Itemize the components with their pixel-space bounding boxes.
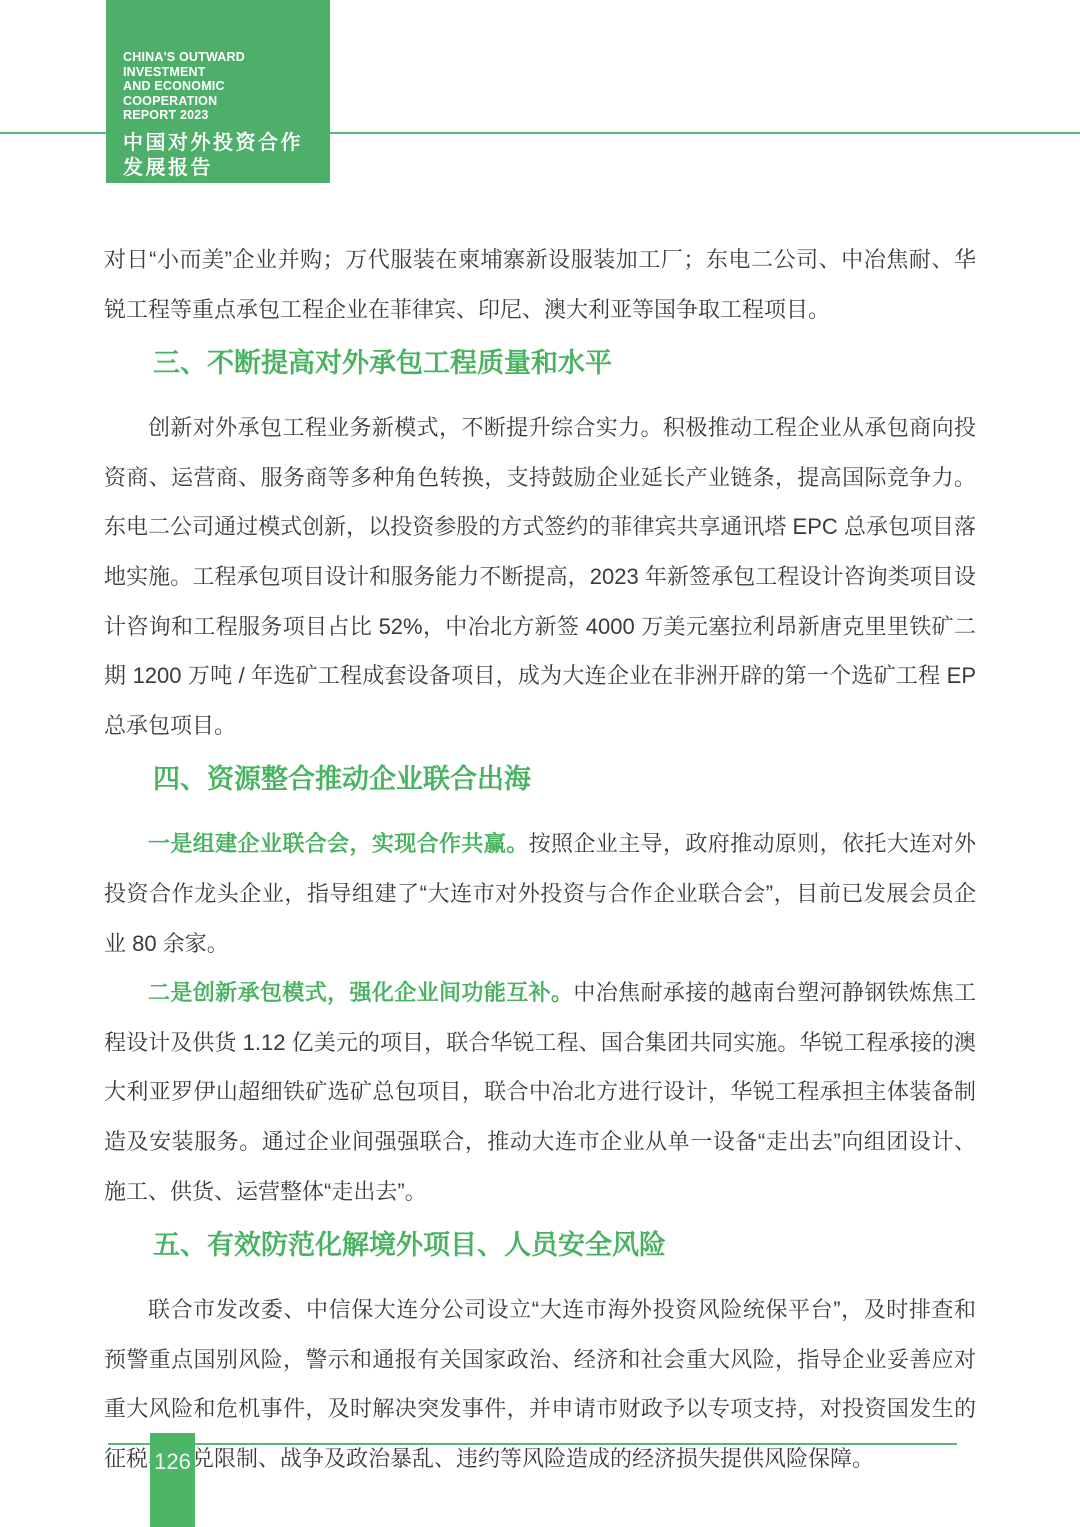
report-title-chinese-line2: 发展报告 (123, 156, 320, 181)
report-title-chinese-line1: 中国对外投资合作 (123, 131, 320, 156)
section-3-heading: 三、不断提高对外承包工程质量和水平 (153, 340, 976, 386)
section-4-point-2-lead: 二是创新承包模式，强化企业间功能互补。 (148, 980, 573, 1005)
section-4-point-2: 二是创新承包模式，强化企业间功能互补。中冶焦耐承接的越南台塑河静钢铁炼焦工程设计… (104, 968, 976, 1216)
report-title-english-line3: REPORT 2023 (123, 108, 320, 123)
report-title-english: CHINA'S OUTWARD INVESTMENT AND ECONOMIC … (123, 50, 320, 123)
section-4-point-2-text: 中冶焦耐承接的越南台塑河静钢铁炼焦工程设计及供货 1.12 亿美元的项目，联合华… (104, 980, 976, 1203)
page-number: 126 (154, 1449, 191, 1474)
footer-rule (108, 1443, 957, 1445)
section-4-heading: 四、资源整合推动企业联合出海 (153, 756, 976, 802)
report-title-english-line1: CHINA'S OUTWARD INVESTMENT (123, 50, 320, 79)
section-4-point-1: 一是组建企业联合会，实现合作共赢。按照企业主导，政府推动原则，依托大连对外投资合… (104, 819, 976, 968)
page-number-badge: 126 (150, 1433, 195, 1527)
report-title-english-line2: AND ECONOMIC COOPERATION (123, 79, 320, 108)
page-body: 对日“小而美”企业并购；万代服装在柬埔寨新设服装加工厂；东电二公司、中冶焦耐、华… (104, 235, 976, 1483)
section-5-paragraph: 联合市发改委、中信保大连分公司设立“大连市海外投资风险统保平台”，及时排查和预警… (104, 1285, 976, 1483)
continued-paragraph: 对日“小而美”企业并购；万代服装在柬埔寨新设服装加工厂；东电二公司、中冶焦耐、华… (104, 235, 976, 334)
section-5-heading: 五、有效防范化解境外项目、人员安全风险 (153, 1222, 976, 1268)
section-4-point-1-lead: 一是组建企业联合会，实现合作共赢。 (148, 831, 529, 856)
report-page: CHINA'S OUTWARD INVESTMENT AND ECONOMIC … (0, 0, 1080, 1527)
report-brand-box: CHINA'S OUTWARD INVESTMENT AND ECONOMIC … (106, 0, 330, 183)
report-year: 2023 (123, 182, 320, 212)
section-3-paragraph: 创新对外承包工程业务新模式，不断提升综合实力。积极推动工程企业从承包商向投资商、… (104, 403, 976, 750)
